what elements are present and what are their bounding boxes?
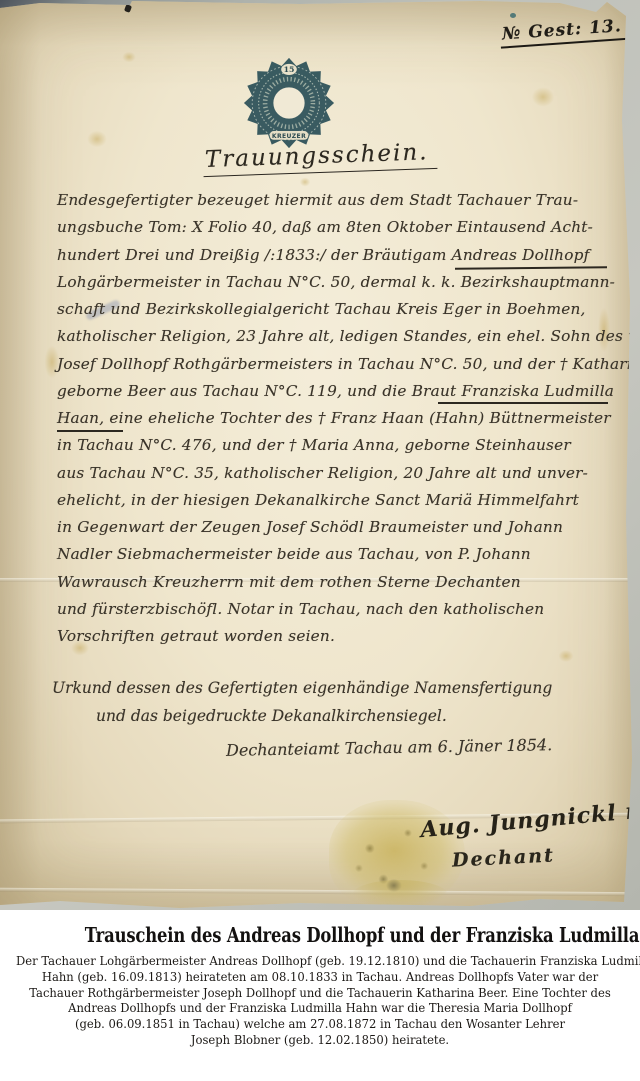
caption-body-text: Der Tachauer Lohgärbermeister Andreas Do… bbox=[16, 954, 624, 1049]
handwritten-line: und das beigedruckte Dekanalkirchensiege… bbox=[96, 703, 552, 731]
handwritten-body-paragraph: Endesgefertigter bezeuget hiermit aus de… bbox=[57, 187, 640, 650]
caption-line: Tachauer Rothgärbermeister Joseph Dollho… bbox=[16, 986, 624, 1002]
ink-speck bbox=[124, 4, 132, 13]
handwritten-line: Haan, eine eheliche Tochter des † Franz … bbox=[57, 405, 640, 432]
scanned-marriage-certificate-page: № Gest: 13. 15 KREUZER Trauungsschein. E… bbox=[0, 0, 640, 1081]
document-paper: № Gest: 13. 15 KREUZER Trauungsschein. E… bbox=[0, 0, 640, 910]
signature-name: Aug. Jungnickl mp. bbox=[419, 795, 640, 843]
fox-spot bbox=[120, 50, 138, 64]
handwritten-line: geborne Beer aus Tachau N°C. 119, und di… bbox=[57, 378, 640, 405]
fold-crease bbox=[0, 888, 640, 896]
handwritten-line: ungsbuche Tom: X Folio 40, daß am 8ten O… bbox=[57, 214, 640, 241]
handwritten-line: Nadler Siebmachermeister beide aus Tacha… bbox=[57, 541, 640, 568]
printed-caption-panel: Trauschein des Andreas Dollhopf und der … bbox=[0, 910, 640, 1081]
signature-title: Dechant bbox=[451, 844, 555, 871]
caption-line: Andreas Dollhopfs und der Franziska Ludm… bbox=[16, 1001, 624, 1017]
caption-line: (geb. 06.09.1851 in Tachau) welche am 27… bbox=[16, 1017, 624, 1033]
caption-line: Der Tachauer Lohgärbermeister Andreas Do… bbox=[16, 954, 624, 970]
ink-speck-teal bbox=[510, 13, 516, 18]
caption-headline-wrap: Trauschein des Andreas Dollhopf und der … bbox=[0, 923, 640, 947]
fox-spot bbox=[556, 648, 576, 664]
handwritten-line: ehelicht, in der hiesigen Dekanalkirche … bbox=[57, 487, 640, 514]
revenue-stamp-15-kreuzer: 15 KREUZER bbox=[243, 57, 335, 149]
handwritten-line: Endesgefertigter bezeuget hiermit aus de… bbox=[57, 187, 640, 214]
fox-spot bbox=[84, 128, 110, 150]
handwritten-line: Vorschriften getraut worden seien. bbox=[57, 623, 640, 650]
dateline-handwritten: Dechanteiamt Tachau am 6. Jäner 1854. bbox=[226, 735, 553, 760]
handwritten-line: und fürsterzbischöfl. Notar in Tachau, n… bbox=[57, 596, 640, 623]
handwritten-line: in Gegenwart der Zeugen Josef Schödl Bra… bbox=[57, 514, 640, 541]
stamp-currency-text: KREUZER bbox=[272, 133, 306, 140]
handwritten-line: katholischer Religion, 23 Jahre alt, led… bbox=[57, 323, 640, 350]
document-title-handwritten: Trauungsschein. bbox=[203, 139, 438, 177]
handwritten-line: in Tachau N°C. 476, und der † Maria Anna… bbox=[57, 432, 640, 459]
stamp-rosette-graphic: 15 KREUZER bbox=[243, 57, 335, 149]
registry-number-mark: № Gest: 13. bbox=[499, 15, 634, 48]
handwritten-line: aus Tachau N°C. 35, katholischer Religio… bbox=[57, 460, 640, 487]
handwritten-line: Lohgärbermeister in Tachau N°C. 50, derm… bbox=[57, 269, 640, 296]
caption-line: Joseph Blobner (geb. 12.02.1850) heirate… bbox=[16, 1033, 624, 1049]
handwritten-line: Urkund dessen des Gefertigten eigenhändi… bbox=[52, 675, 552, 703]
caption-headline: Trauschein des Andreas Dollhopf und der … bbox=[85, 923, 640, 947]
handwritten-closing-paragraph: Urkund dessen des Gefertigten eigenhändi… bbox=[52, 675, 552, 730]
handwritten-line: Wawrausch Kreuzherrn mit dem rothen Ster… bbox=[57, 569, 640, 596]
stamp-value-text: 15 bbox=[284, 65, 295, 74]
handwritten-line: hundert Drei und Dreißig /:1833:/ der Br… bbox=[57, 242, 640, 269]
caption-line: Hahn (geb. 16.09.1813) heirateten am 08.… bbox=[16, 970, 624, 986]
handwritten-line: Josef Dollhopf Rothgärbermeisters in Tac… bbox=[57, 351, 640, 378]
fox-spot bbox=[528, 84, 558, 110]
underline-haan bbox=[57, 430, 123, 432]
handwritten-line: schaft und Bezirkskollegialgericht Tacha… bbox=[57, 296, 640, 323]
underline-franziska-ludmilla bbox=[438, 402, 608, 404]
